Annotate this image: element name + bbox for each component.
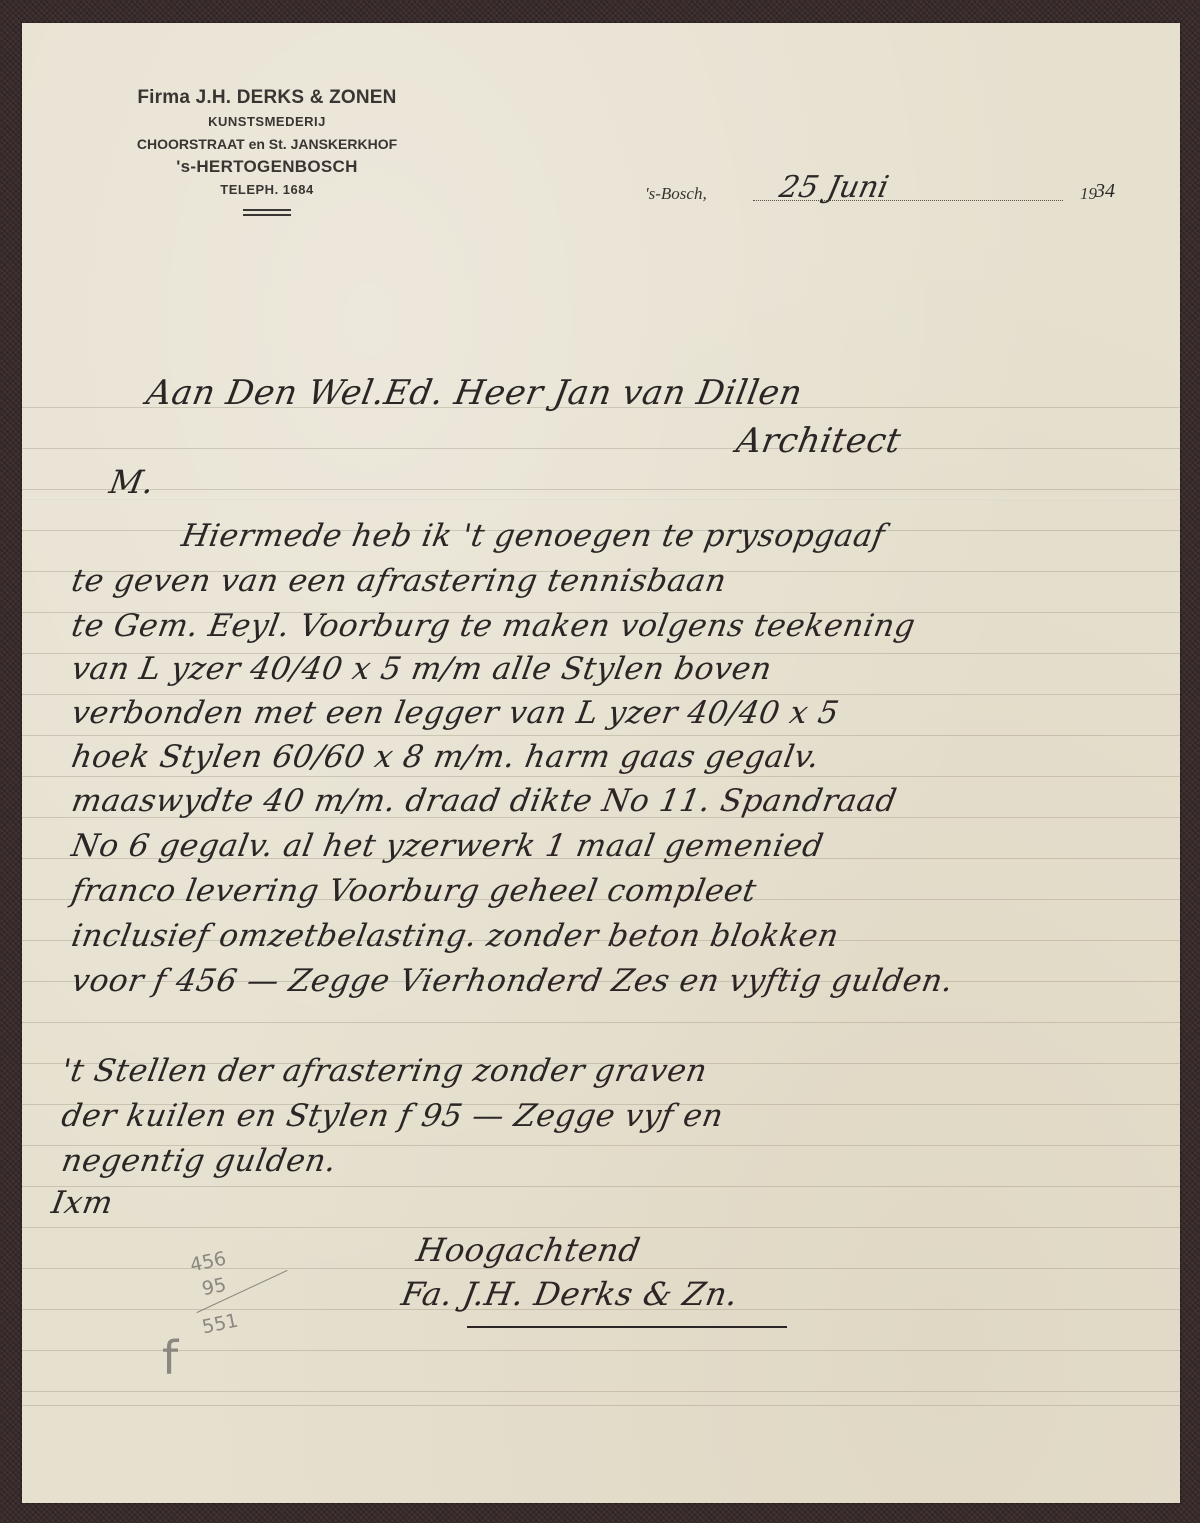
signature-underline bbox=[467, 1326, 787, 1328]
body-line: Hiermede heb ik 't genoegen te prysopgaa… bbox=[179, 518, 888, 554]
letter-paper: Firma J.H. DERKS & ZONEN KUNSTSMEDERIJ C… bbox=[22, 23, 1180, 1503]
letterhead-double-rule bbox=[243, 209, 291, 216]
signature: Fa. J.H. Derks & Zn. bbox=[399, 1275, 741, 1313]
salutation: M. bbox=[107, 463, 158, 501]
ruled-line bbox=[22, 1405, 1180, 1406]
body-line: verbonden met een legger van L yzer 40/4… bbox=[69, 695, 842, 731]
pencil-number: 456 bbox=[188, 1247, 228, 1276]
ruled-line bbox=[22, 489, 1180, 490]
date-year-handwritten: 34 bbox=[1095, 180, 1115, 203]
firm-address: CHOORSTRAAT en St. JANSKERKHOF bbox=[77, 133, 457, 155]
ruled-line bbox=[22, 1186, 1180, 1187]
ruled-line bbox=[22, 735, 1180, 736]
body-line: te geven van een afrastering tennisbaan bbox=[69, 563, 729, 599]
ruled-line bbox=[22, 1350, 1180, 1351]
firm-city: 's-HERTOGENBOSCH bbox=[77, 155, 457, 179]
pencil-currency: f bbox=[162, 1331, 178, 1385]
body-line: franco levering Voorburg geheel compleet bbox=[69, 873, 759, 909]
dateline: 's-Bosch, 25 Juni 19 34 bbox=[645, 178, 1115, 208]
body-line: 't Stellen der afrastering zonder graven bbox=[59, 1053, 710, 1089]
firm-trade: KUNSTSMEDERIJ bbox=[77, 111, 457, 133]
body-line: hoek Stylen 60/60 x 8 m/m. harm gaas geg… bbox=[69, 739, 823, 775]
body-line: van L yzer 40/40 x 5 m/m alle Stylen bov… bbox=[69, 651, 775, 687]
body-line: inclusief omzetbelasting. zonder beton b… bbox=[69, 918, 842, 954]
body-line: der kuilen en Stylen f 95 — Zegge vyf en bbox=[59, 1098, 726, 1134]
body-line: No 6 gegalv. al het yzerwerk 1 maal geme… bbox=[69, 828, 826, 864]
date-handwritten: 25 Juni bbox=[776, 170, 891, 205]
recipient-line: Aan Den Wel.Ed. Heer Jan van Dillen bbox=[143, 373, 805, 413]
ruled-line bbox=[22, 448, 1180, 449]
paper-fold bbox=[22, 498, 1180, 500]
recipient-title: Architect bbox=[733, 421, 904, 461]
ruled-line bbox=[22, 1227, 1180, 1228]
body-line: voor f 456 — Zegge Vierhonderd Zes en vy… bbox=[69, 963, 956, 999]
closing-word: Ixm bbox=[49, 1185, 116, 1221]
closing: Hoogachtend bbox=[414, 1231, 644, 1269]
firm-name: Firma J.H. DERKS & ZONEN bbox=[77, 85, 457, 111]
date-place: 's-Bosch, bbox=[645, 184, 707, 204]
body-line: te Gem. Eeyl. Voorburg te maken volgens … bbox=[69, 608, 918, 644]
pencil-total: 551 bbox=[200, 1309, 240, 1338]
body-line: negentig gulden. bbox=[59, 1143, 340, 1179]
ruled-line bbox=[22, 776, 1180, 777]
ruled-line bbox=[22, 1391, 1180, 1392]
pencil-number: 95 bbox=[200, 1274, 228, 1301]
firm-phone: TELEPH. 1684 bbox=[77, 179, 457, 201]
body-line: maaswydte 40 m/m. draad dikte No 11. Spa… bbox=[69, 783, 900, 819]
letterhead: Firma J.H. DERKS & ZONEN KUNSTSMEDERIJ C… bbox=[77, 85, 457, 216]
ruled-line bbox=[22, 1022, 1180, 1023]
